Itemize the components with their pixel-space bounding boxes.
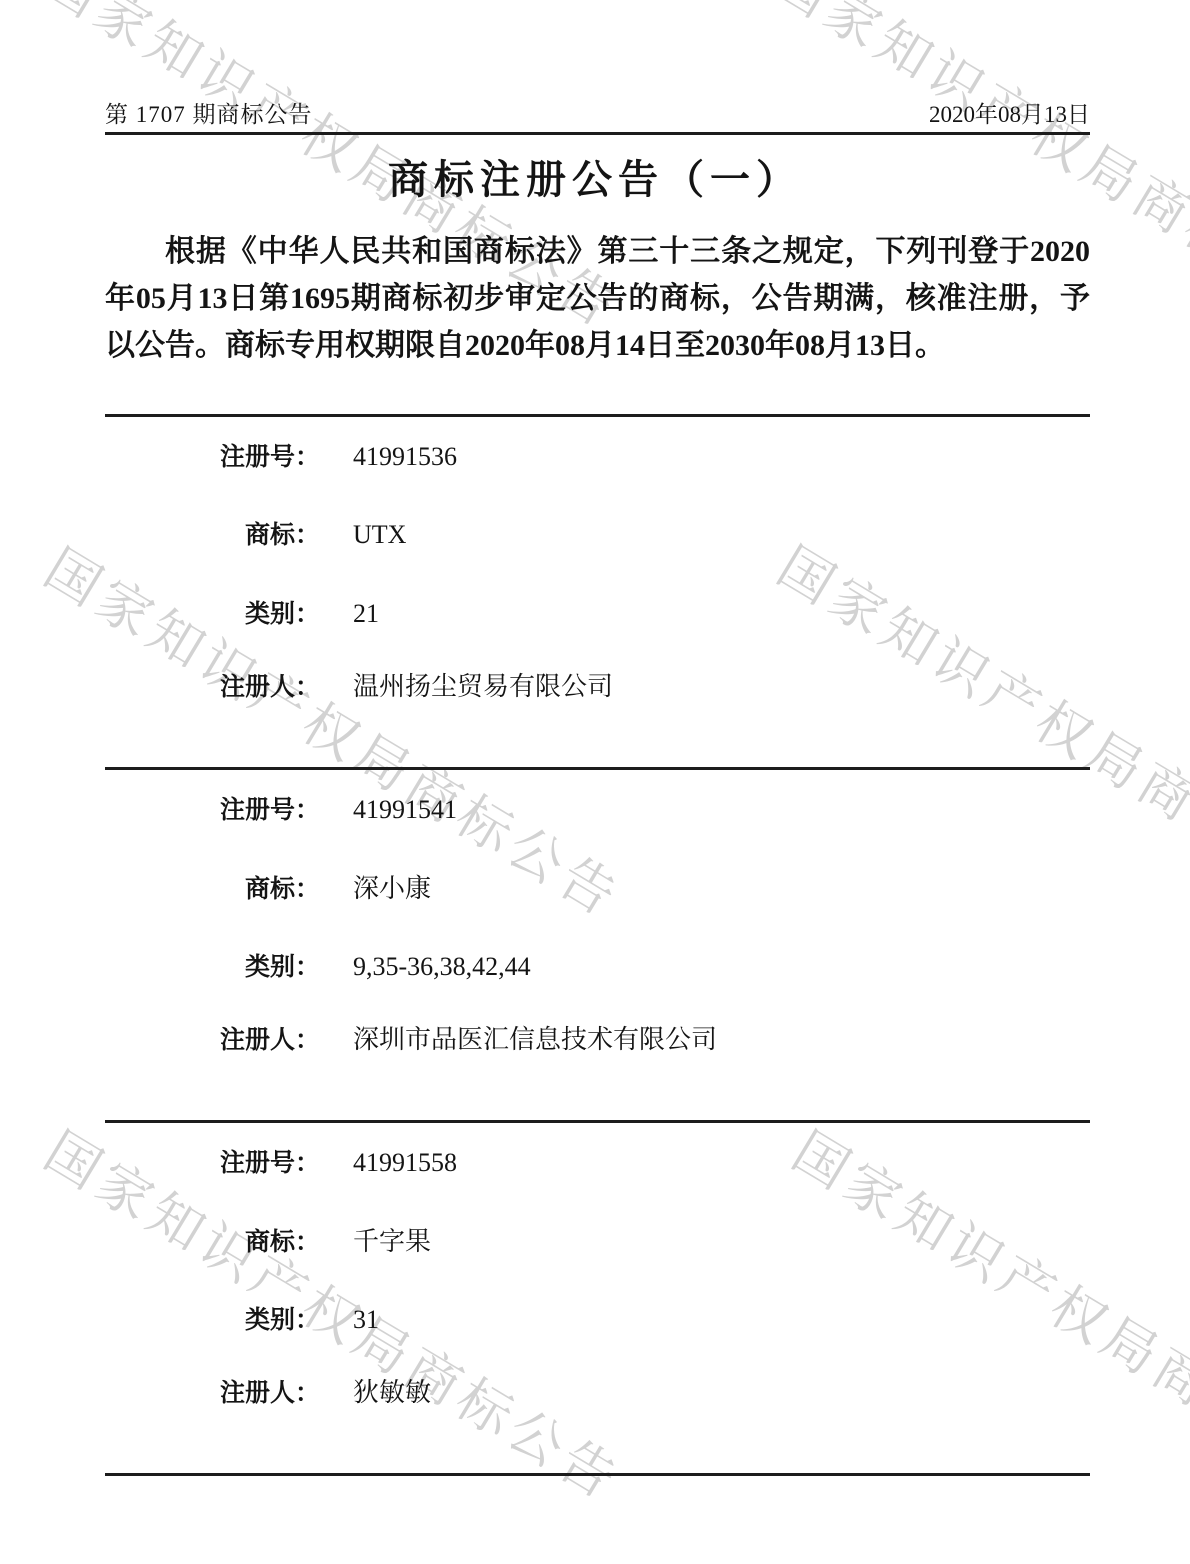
registrant-row: 注册人：深圳市品医汇信息技术有限公司	[105, 1019, 717, 1056]
trademark-label: 商标：	[105, 515, 320, 551]
reg-no-value: 41991541	[353, 795, 457, 824]
issue-number: 第 1707 期商标公告	[105, 96, 313, 129]
page-content: 第 1707 期商标公告 2020年08月13日 商标注册公告（一） 根据《中华…	[0, 0, 1190, 1564]
class-label: 类别：	[105, 594, 320, 630]
trademark-entry: 注册号：41991541 商标：深小康 类别：9,35-36,38,42,44 …	[105, 767, 1090, 1120]
registrant-value: 温州扬尘贸易有限公司	[353, 672, 613, 701]
trademark-entry: 注册号：41991558 商标：千字果 类别：31 注册人：狄敏敏	[105, 1120, 1090, 1473]
registrant-value: 狄敏敏	[353, 1378, 431, 1407]
class-row: 类别：31	[105, 1300, 379, 1336]
trademark-value: 深小康	[353, 874, 431, 903]
reg-no-label: 注册号：	[105, 1143, 320, 1179]
class-value: 31	[353, 1305, 379, 1334]
registrant-row: 注册人：温州扬尘贸易有限公司	[105, 666, 613, 703]
registrant-label: 注册人：	[105, 1020, 320, 1056]
reg-no-row: 注册号：41991536	[105, 437, 457, 473]
class-row: 类别：21	[105, 594, 379, 630]
registrant-value: 深圳市品医汇信息技术有限公司	[353, 1025, 717, 1054]
trademark-row: 商标：千字果	[105, 1221, 431, 1258]
header-rule	[105, 132, 1090, 135]
reg-no-row: 注册号：41991558	[105, 1143, 457, 1179]
trademark-label: 商标：	[105, 869, 320, 905]
class-value: 21	[353, 599, 379, 628]
class-value: 9,35-36,38,42,44	[353, 952, 531, 981]
reg-no-value: 41991558	[353, 1148, 457, 1177]
registrant-label: 注册人：	[105, 1373, 320, 1409]
reg-no-row: 注册号：41991541	[105, 790, 457, 826]
intro-paragraph: 根据《中华人民共和国商标法》第三十三条之规定，下列刊登于2020年05月13日第…	[105, 228, 1090, 369]
trademark-entries: 注册号：41991536 商标：UTX 类别：21 注册人：温州扬尘贸易有限公司…	[105, 414, 1090, 1476]
registrant-row: 注册人：狄敏敏	[105, 1372, 431, 1409]
reg-no-label: 注册号：	[105, 437, 320, 473]
page-title: 商标注册公告（一）	[0, 148, 1190, 205]
class-label: 类别：	[105, 947, 320, 983]
trademark-value: 千字果	[353, 1227, 431, 1256]
reg-no-label: 注册号：	[105, 790, 320, 826]
reg-no-value: 41991536	[353, 442, 457, 471]
class-row: 类别：9,35-36,38,42,44	[105, 947, 531, 983]
trademark-row: 商标：UTX	[105, 515, 406, 551]
trademark-value: UTX	[353, 520, 406, 549]
trademark-entry: 注册号：41991536 商标：UTX 类别：21 注册人：温州扬尘贸易有限公司	[105, 414, 1090, 767]
class-label: 类别：	[105, 1300, 320, 1336]
trademark-row: 商标：深小康	[105, 868, 431, 905]
trademark-label: 商标：	[105, 1222, 320, 1258]
issue-date: 2020年08月13日	[929, 96, 1090, 129]
registrant-label: 注册人：	[105, 667, 320, 703]
gazette-page: 国家知识产权局商标公告 国家知识产权局商标公告 国家知识产权局商标公告 国家知识…	[0, 0, 1190, 1564]
